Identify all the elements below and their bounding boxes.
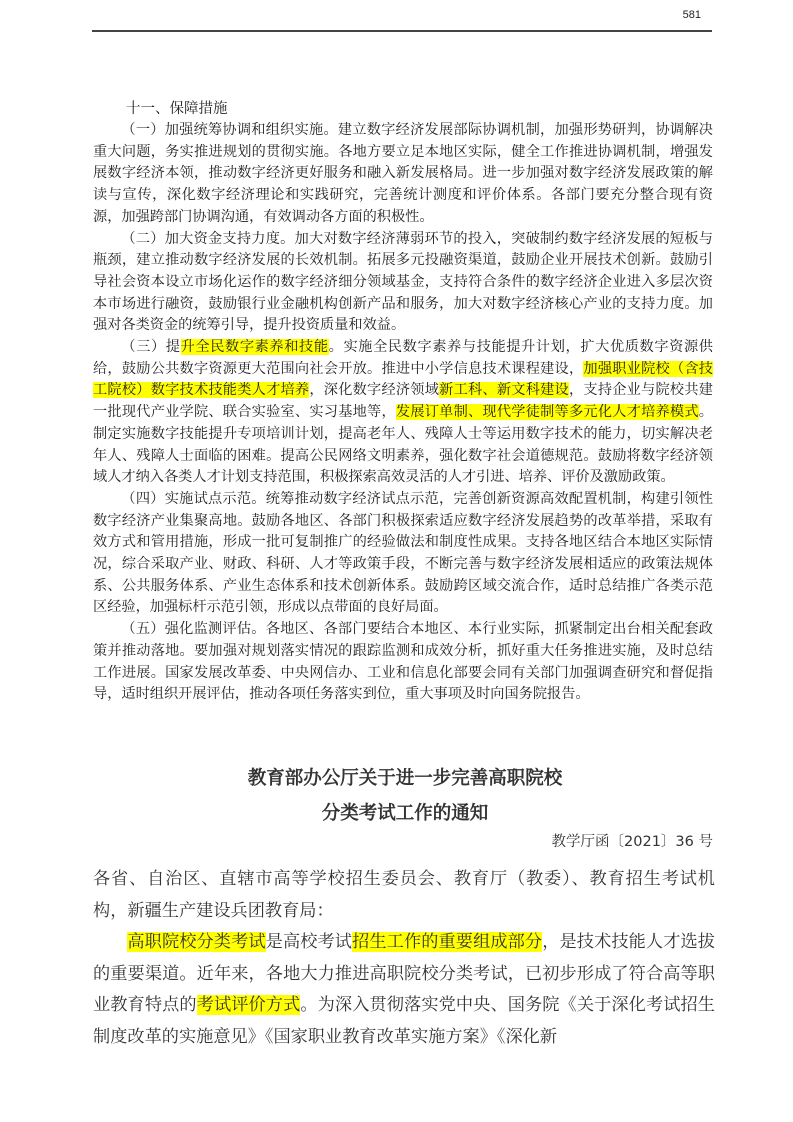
paragraph-text: ，深化数字经济领域 <box>309 382 439 398</box>
paragraph-2: （二）加大资金支持力度。加大对数字经济薄弱环节的投入，突破制约数字经济发展的短板… <box>93 229 713 338</box>
notice-title-line1: 教育部办公厅关于进一步完善高职院校 <box>90 764 720 790</box>
paragraph-lead: （一）加强统筹协调和组织实施。 <box>121 122 338 138</box>
notice-paragraph: 高职院校分类考试是高校考试招生工作的重要组成部分，是技术技能人才选拔的重要渠道。… <box>93 927 715 1053</box>
highlighted-text: 升全民数字素养和技能 <box>181 339 329 355</box>
highlighted-text: 招生工作的重要组成部分 <box>352 932 542 952</box>
highlighted-text: 高职院校分类考试 <box>127 932 265 952</box>
notice-title-line2: 分类考试工作的通知 <box>90 799 720 825</box>
paragraph-lead: （二）加大资金支持力度。 <box>121 231 294 247</box>
highlighted-text: 新工科、新文科建设 <box>439 382 569 398</box>
paragraph-text: 统筹推动数字经济试点示范，完善创新资源高效配置机制，构建引领性数字经济产业集聚高… <box>93 491 713 616</box>
addressee: 各省、自治区、直辖市高等学校招生委员会、教育厅（教委）、教育招生考试机构，新疆生… <box>93 864 715 927</box>
document-number: 教学厅函〔2021〕36 号 <box>552 830 713 851</box>
section-heading: 十一、保障措施 <box>93 98 713 120</box>
paragraph-5: （五）强化监测评估。各地区、各部门要结合本地区、本行业实际，抓紧制定出台相关配套… <box>93 619 713 706</box>
paragraph-lead: （四）实施试点示范。 <box>121 491 265 507</box>
paragraph-4: （四）实施试点示范。统筹推动数字经济试点示范，完善创新资源高效配置机制，构建引领… <box>93 489 713 619</box>
highlighted-text: 发展订单制、现代学徒制等多元化人才培养模式 <box>396 404 699 420</box>
header-rule <box>92 30 712 32</box>
paragraph-3: （三）提升全民数字素养和技能。实施全民数字素养与技能提升计划，扩大优质数字资源供… <box>93 337 713 489</box>
section-safeguards: 十一、保障措施 （一）加强统筹协调和组织实施。建立数字经济发展部际协调机制，加强… <box>93 98 713 706</box>
page-number: 581 <box>683 9 701 21</box>
paragraph-lead: （五）强化监测评估。 <box>121 621 265 637</box>
paragraph-text: 是高校考试 <box>266 932 352 952</box>
highlighted-text: 考试评价方式 <box>197 995 301 1015</box>
paragraph-1: （一）加强统筹协调和组织实施。建立数字经济发展部际协调机制，加强形势研判，协调解… <box>93 120 713 229</box>
paragraph-lead: （三）提 <box>121 339 180 355</box>
notice-body: 各省、自治区、直辖市高等学校招生委员会、教育厅（教委）、教育招生考试机构，新疆生… <box>93 864 715 1053</box>
